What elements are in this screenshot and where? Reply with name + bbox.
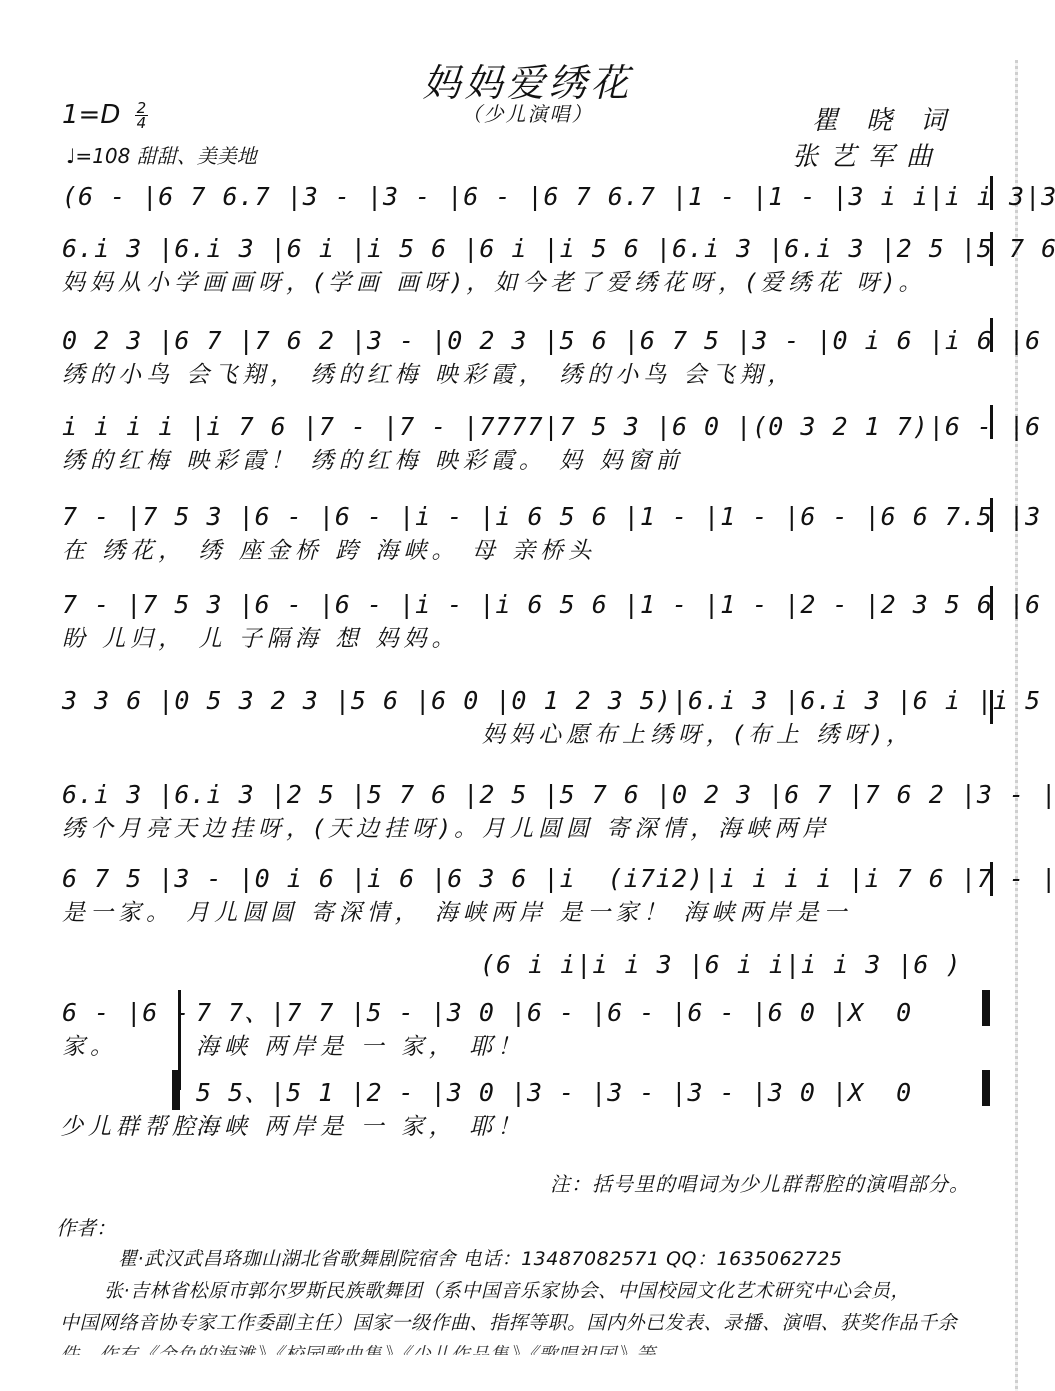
barline [990, 690, 993, 724]
score-system-2: 6.i 3 |6.i 3 |6 i |i 5 6 |6 i |i 5 6 |6.… [62, 232, 997, 300]
ending-upper-part: 7 7、|7 7 |5 - |3 0 |6 - |6 - |6 - |6 0 |… [196, 996, 916, 1064]
barline [990, 405, 993, 439]
notation-line: 6 - |6 - [62, 996, 182, 1030]
notation-line: 7 - |7 5 3 |6 - |6 - |i - |i 6 5 6 |1 - … [62, 588, 997, 622]
score-system-3: 0 2 3 |6 7 |7 6 2 |3 - |0 2 3 |5 6 |6 7 … [62, 324, 997, 392]
notation-line: 6 7 5 |3 - |0 i 6 |i 6 |6 3 6 |i (i7i2)|… [62, 862, 997, 896]
score-system-8: 6.i 3 |6.i 3 |2 5 |5 7 6 |2 5 |5 7 6 |0 … [62, 778, 997, 846]
lyrics-line: 绣的小鸟 会飞翔， 绣的红梅 映彩霞， 绣的小鸟 会飞翔， [62, 358, 997, 392]
score-system-1: (6 - |6 7 6.7 |3 - |3 - |6 - |6 7 6.7 |1… [62, 180, 997, 214]
notation-line: 6.i 3 |6.i 3 |2 5 |5 7 6 |2 5 |5 7 6 |0 … [62, 778, 997, 812]
footnote: 注：括号里的唱词为少儿群帮腔的演唱部分。 [550, 1168, 970, 1197]
ending-lower-part: 5 5、|5 1 |2 - |3 0 |3 - |3 - |3 - |3 0 |… [196, 1076, 916, 1144]
notation-line: i i i i |i 7 6 |7 - |7 - |7777|7 5 3 |6 … [62, 410, 997, 444]
lyricist-credit: 瞿晓词 [812, 100, 974, 137]
barline [990, 586, 993, 620]
notation-line: 5 5、|5 1 |2 - |3 0 |3 - |3 - |3 - |3 0 |… [196, 1076, 916, 1110]
lyrics-line: 妈妈心愿布上绣呀，(布上 绣呀)， [62, 718, 997, 752]
notation-line: (6 i i|i i 3 |6 i i|i i 3 |6 ) [480, 948, 980, 982]
chorus-label: 少儿群帮腔： [60, 1110, 228, 1144]
score-system-6: 7 - |7 5 3 |6 - |6 - |i - |i 6 5 6 |1 - … [62, 588, 997, 656]
score-system-5: 7 - |7 5 3 |6 - |6 - |i - |i 6 5 6 |1 - … [62, 500, 997, 568]
final-barline [982, 1070, 990, 1106]
author-info-line: 瞿·武汉武昌珞珈山湖北省歌舞剧院宿舍 电话：13487082571 QQ：163… [118, 1244, 842, 1271]
score-system-7: 3 3 6 |0 5 3 2 3 |5 6 |6 0 |0 1 2 3 5)|6… [62, 684, 997, 752]
author-info-line: 件，作有《金色的海滩》《校园歌曲集》《少儿作品集》《歌唱祖国》等。 [60, 1340, 675, 1367]
lyrics-line: 海峡 两岸是 一 家， 耶！ [196, 1030, 916, 1064]
barline [990, 232, 993, 266]
barline [990, 862, 993, 896]
notation-line: (6 - |6 7 6.7 |3 - |3 - |6 - |6 7 6.7 |1… [62, 180, 997, 214]
lyrics-line: 绣个月亮天边挂呀，(天边挂呀)。月儿圆圆 寄深情，海峡两岸 [62, 812, 997, 846]
lyrics-line: 绣的红梅 映彩霞！ 绣的红梅 映彩霞。 妈 妈窗前 [62, 444, 997, 478]
ending-lead-in: 6 - |6 - 家。 [62, 996, 182, 1064]
score-system-9: 6 7 5 |3 - |0 i 6 |i 6 |6 3 6 |i (i7i2)|… [62, 862, 997, 930]
barline [990, 498, 993, 532]
composer-credit: 张艺军曲 [792, 136, 944, 173]
key-signature: 1=D 2 4 [62, 100, 148, 130]
lyrics-line: 海峡 两岸是 一 家， 耶！ [196, 1110, 916, 1144]
lyrics-line: 是一家。 月儿圆圆 寄深情， 海峡两岸 是一家！ 海峡两岸是一 [62, 896, 997, 930]
author-info-line: 中国网络音协专家工作委副主任）国家一级作曲、指挥等职。国内外已发表、录播、演唱、… [60, 1308, 957, 1335]
notation-line: 7 7、|7 7 |5 - |3 0 |6 - |6 - |6 - |6 0 |… [196, 996, 916, 1030]
author-info-line: 张·吉林省松原市郭尔罗斯民族歌舞团（系中国音乐家协会、中国校园文化艺术研究中心会… [104, 1276, 910, 1303]
notation-line: 3 3 6 |0 5 3 2 3 |5 6 |6 0 |0 1 2 3 5)|6… [62, 684, 997, 718]
lyrics-line: 家。 [62, 1030, 182, 1064]
system-bracket [172, 1070, 180, 1110]
time-signature-denominator: 4 [135, 116, 149, 130]
notation-line: 7 - |7 5 3 |6 - |6 - |i - |i 6 5 6 |1 - … [62, 500, 997, 534]
barline [990, 318, 993, 352]
barline [990, 176, 993, 210]
notation-line: 6.i 3 |6.i 3 |6 i |i 5 6 |6 i |i 5 6 |6.… [62, 232, 997, 266]
authors-label: 作者： [56, 1212, 116, 1241]
tempo-marking: ♩=108 甜甜、美美地 [66, 140, 257, 169]
lyrics-line: 妈妈从小学画画呀，(学画 画呀)，如今老了爱绣花呀，(爱绣花 呀)。 [62, 266, 997, 300]
score-system-10: (6 i i|i i 3 |6 i i|i i 3 |6 ) [480, 948, 980, 982]
score-system-4: i i i i |i 7 6 |7 - |7 - |7777|7 5 3 |6 … [62, 410, 997, 478]
final-barline [982, 990, 990, 1026]
time-signature: 2 4 [135, 101, 149, 130]
key-label: 1=D [62, 100, 120, 130]
lyrics-line: 盼 儿归， 儿 子隔海 想 妈妈。 [62, 622, 997, 656]
notation-line: 0 2 3 |6 7 |7 6 2 |3 - |0 2 3 |5 6 |6 7 … [62, 324, 997, 358]
lyrics-line: 在 绣花， 绣 座金桥 跨 海峡。 母 亲桥头 [62, 534, 997, 568]
